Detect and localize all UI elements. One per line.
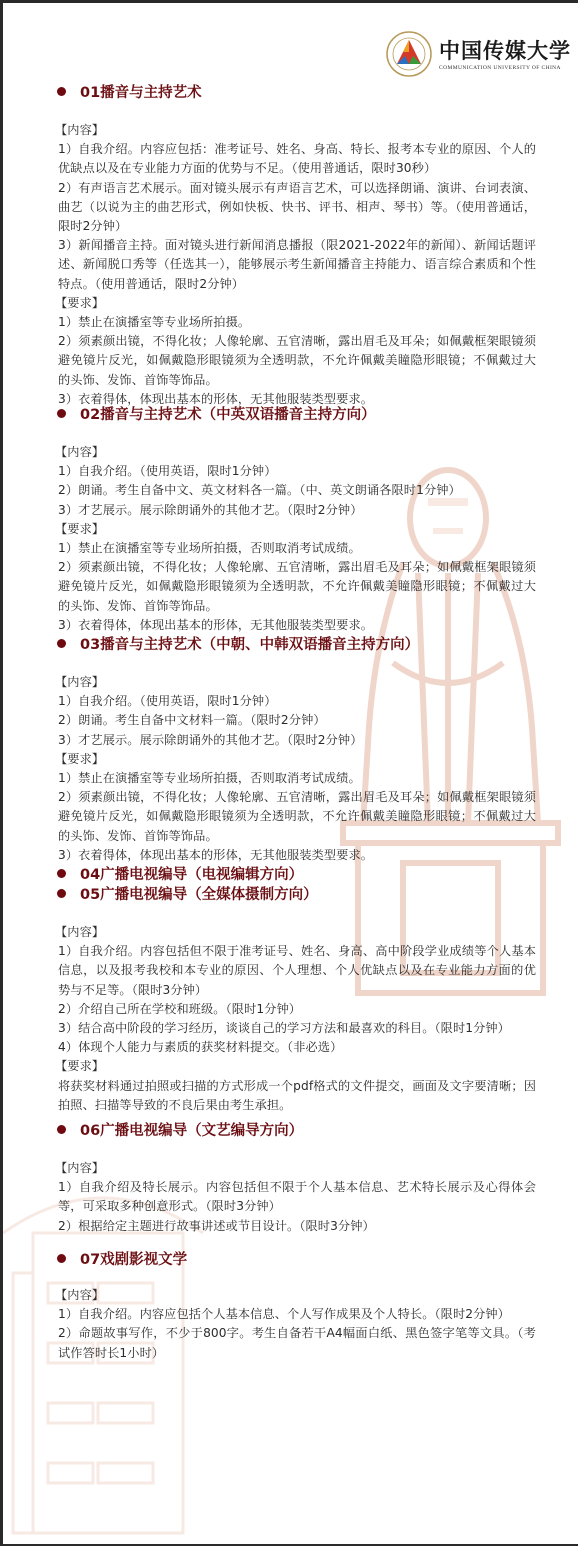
bullet-icon — [57, 1254, 66, 1263]
content-label: 【内容】 — [55, 1286, 536, 1305]
content-item: 2）朗诵。考生自备中文、英文材料各一篇。（中、英文朗诵各限时1分钟） — [58, 481, 536, 500]
section-body: 【内容】 1）自我介绍。内容应包括个人基本信息、个人写作成果及个人特长。（限时2… — [58, 1286, 536, 1363]
section-title: 05广播电视编导（全媒体摄制方向） — [80, 883, 318, 904]
content-item: 2）根据给定主题进行故事讲述或节目设计。（限时3分钟） — [58, 1217, 536, 1236]
content-label: 【内容】 — [55, 121, 536, 140]
content-item: 2）命题故事写作，不少于800字。考生自备若干A4幅面白纸、黑色签字笔等文具。（… — [58, 1324, 536, 1362]
requirement-item: 2）须素颜出镜，不得化妆；人像轮廓、五官清晰，露出眉毛及耳朵；如佩戴框架眼镜须避… — [58, 788, 536, 846]
section-heading: 05广播电视编导（全媒体摄制方向） — [57, 883, 318, 904]
requirement-item: 将获奖材料通过拍照或扫描的方式形成一个pdf格式的文件提交，画面及文字要清晰；因… — [58, 1077, 536, 1115]
content-item: 1）自我介绍。（使用英语，限时1分钟） — [58, 462, 536, 481]
section-heading: 04广播电视编导（电视编辑方向） — [57, 863, 303, 884]
requirements-label: 【要求】 — [55, 750, 536, 769]
requirements-label: 【要求】 — [55, 294, 536, 313]
content-item: 3）才艺展示。展示除朗诵外的其他才艺。（限时2分钟） — [58, 731, 536, 750]
requirements-label: 【要求】 — [55, 520, 536, 539]
requirement-item: 1）禁止在演播室等专业场所拍摄，否则取消考试成绩。 — [58, 539, 536, 558]
section-heading: 07戏剧影视文学 — [57, 1248, 187, 1269]
section-body: 【内容】 1）自我介绍。（使用英语，限时1分钟） 2）朗诵。考生自备中文材料一篇… — [58, 673, 536, 865]
section-title: 03播音与主持艺术（中朝、中韩双语播音主持方向） — [80, 633, 419, 654]
university-name-en: COMMUNICATION UNIVERSITY OF CHINA — [439, 65, 571, 71]
bullet-icon — [57, 639, 66, 648]
content-item: 4）体现个人能力与素质的获奖材料提交。（非必选） — [58, 1038, 536, 1057]
requirement-item: 2）须素颜出镜，不得化妆；人像轮廓、五官清晰，露出眉毛及耳朵；如佩戴框架眼镜须避… — [58, 558, 536, 616]
document-page: 中国传媒大学 COMMUNICATION UNIVERSITY OF CHINA… — [3, 3, 578, 1544]
requirement-item: 2）须素颜出镜，不得化妆；人像轮廓、五官清晰，露出眉毛及耳朵；如佩戴框架眼镜须避… — [58, 332, 536, 390]
requirement-item: 1）禁止在演播室等专业场所拍摄，否则取消考试成绩。 — [58, 769, 536, 788]
section-heading: 02播音与主持艺术（中英双语播音主持方向） — [57, 403, 376, 424]
university-logo: 中国传媒大学 COMMUNICATION UNIVERSITY OF CHINA — [385, 28, 575, 80]
content-label: 【内容】 — [55, 923, 536, 942]
content-item: 3）才艺展示。展示除朗诵外的其他才艺。（限时2分钟） — [58, 501, 536, 520]
section-heading: 01播音与主持艺术 — [57, 81, 202, 102]
content-label: 【内容】 — [55, 1159, 536, 1178]
section-heading: 03播音与主持艺术（中朝、中韩双语播音主持方向） — [57, 633, 419, 654]
section-title: 04广播电视编导（电视编辑方向） — [80, 863, 303, 884]
requirement-item: 1）禁止在演播室等专业场所拍摄。 — [58, 313, 536, 332]
section-title: 07戏剧影视文学 — [80, 1248, 187, 1269]
requirements-label: 【要求】 — [55, 1057, 536, 1076]
content-item: 3）新闻播音主持。面对镜头进行新闻消息播报（限2021-2022年的新闻）、新闻… — [58, 236, 536, 294]
content-item: 2）介绍自己所在学校和班级。（限时1分钟） — [58, 1000, 536, 1019]
content-item: 1）自我介绍及特长展示。内容包括但不限于个人基本信息、艺术特长展示及心得体会等，… — [58, 1178, 536, 1216]
section-title: 02播音与主持艺术（中英双语播音主持方向） — [80, 403, 376, 424]
bullet-icon — [57, 87, 66, 96]
bullet-icon — [57, 869, 66, 878]
section-title: 01播音与主持艺术 — [80, 81, 202, 102]
bullet-icon — [57, 409, 66, 418]
section-heading: 06广播电视编导（文艺编导方向） — [57, 1119, 303, 1140]
section-body: 【内容】 1）自我介绍。（使用英语，限时1分钟） 2）朗诵。考生自备中文、英文材… — [58, 443, 536, 635]
bullet-icon — [57, 889, 66, 898]
content-label: 【内容】 — [55, 443, 536, 462]
university-name-cn: 中国传媒大学 — [439, 38, 571, 64]
content-label: 【内容】 — [55, 673, 536, 692]
section-body: 【内容】 1）自我介绍及特长展示。内容包括但不限于个人基本信息、艺术特长展示及心… — [58, 1159, 536, 1236]
content-item: 1）自我介绍。（使用英语，限时1分钟） — [58, 692, 536, 711]
content-item: 1）自我介绍。内容应包括个人基本信息、个人写作成果及个人特长。（限时2分钟） — [58, 1305, 536, 1324]
content-item: 3）结合高中阶段的学习经历，谈谈自己的学习方法和最喜欢的科目。（限时1分钟） — [58, 1019, 536, 1038]
section-title: 06广播电视编导（文艺编导方向） — [80, 1119, 303, 1140]
university-emblem-icon — [385, 30, 433, 78]
bullet-icon — [57, 1125, 66, 1134]
content-item: 2）有声语言艺术展示。面对镜头展示有声语言艺术，可以选择朗诵、演讲、台词表演、曲… — [58, 179, 536, 237]
content-item: 1）自我介绍。内容应包括：准考证号、姓名、身高、特长、报考本专业的原因、个人的优… — [58, 140, 536, 178]
content-item: 2）朗诵。考生自备中文材料一篇。（限时2分钟） — [58, 711, 536, 730]
section-body: 【内容】 1）自我介绍。内容应包括：准考证号、姓名、身高、特长、报考本专业的原因… — [58, 121, 536, 409]
section-body: 【内容】 1）自我介绍。内容包括但不限于准考证号、姓名、身高、高中阶段学业成绩等… — [58, 923, 536, 1115]
content-item: 1）自我介绍。内容包括但不限于准考证号、姓名、身高、高中阶段学业成绩等个人基本信… — [58, 942, 536, 1000]
